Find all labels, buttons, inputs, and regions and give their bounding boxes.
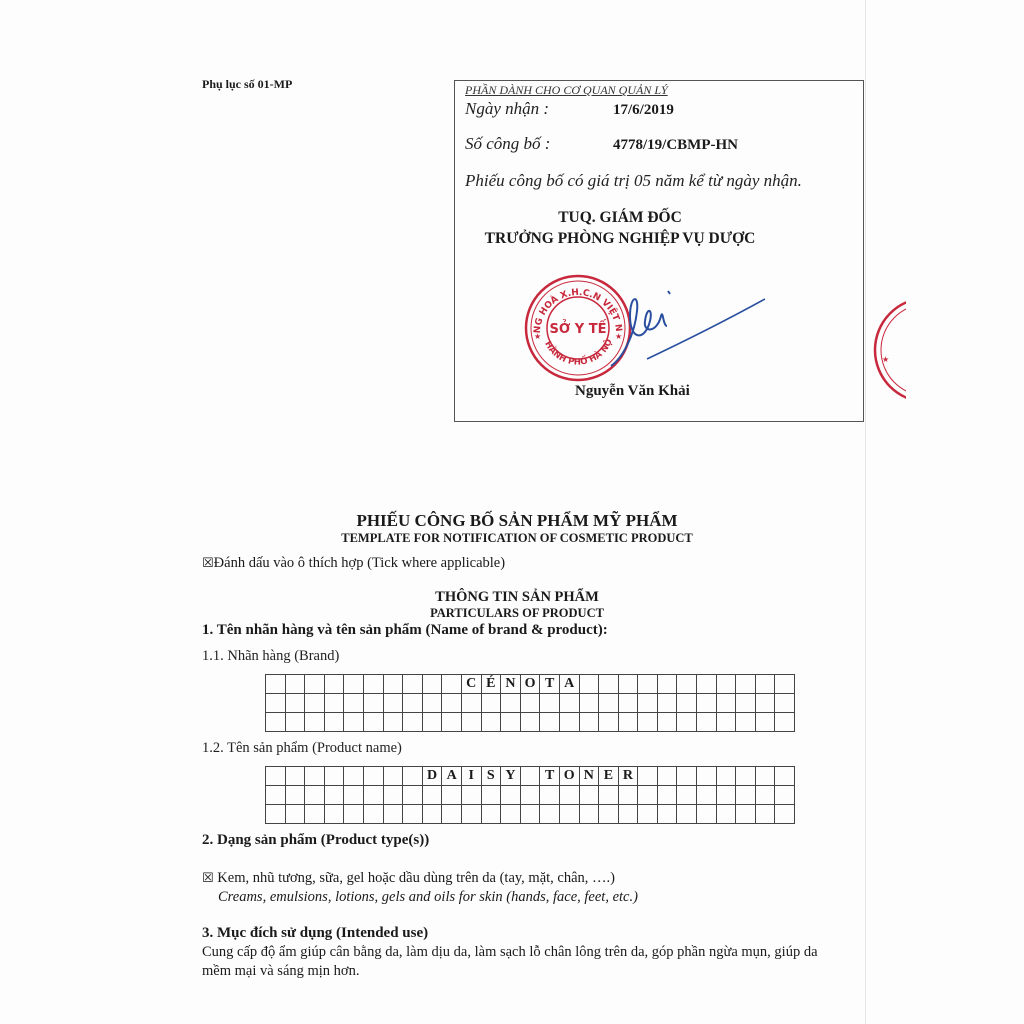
grid-cell[interactable] xyxy=(677,694,697,713)
grid-cell[interactable] xyxy=(697,675,717,694)
grid-cell[interactable] xyxy=(344,694,364,713)
grid-cell[interactable] xyxy=(579,786,599,805)
grid-cell[interactable] xyxy=(305,786,325,805)
grid-cell[interactable] xyxy=(305,694,325,713)
grid-cell[interactable] xyxy=(755,805,775,824)
grid-cell[interactable] xyxy=(285,786,305,805)
grid-cell[interactable] xyxy=(305,675,325,694)
grid-cell[interactable] xyxy=(442,786,462,805)
grid-cell[interactable] xyxy=(501,694,521,713)
grid-cell[interactable] xyxy=(403,713,423,732)
grid-cell[interactable] xyxy=(324,805,344,824)
grid-cell[interactable] xyxy=(344,675,364,694)
grid-cell[interactable] xyxy=(755,675,775,694)
grid-cell[interactable] xyxy=(442,694,462,713)
grid-cell[interactable] xyxy=(657,786,677,805)
question-1-heading: 1. Tên nhãn hàng và tên sản phẩm (Name o… xyxy=(202,622,608,639)
grid-cell[interactable] xyxy=(442,675,462,694)
product-type-option[interactable]: ☒ Kem, nhũ tương, sữa, gel hoặc dầu dùng… xyxy=(202,870,615,887)
grid-cell[interactable] xyxy=(422,805,442,824)
grid-cell[interactable] xyxy=(461,805,481,824)
grid-cell[interactable]: A xyxy=(442,767,462,786)
grid-cell[interactable] xyxy=(657,713,677,732)
grid-cell[interactable]: T xyxy=(540,675,560,694)
grid-cell[interactable] xyxy=(775,694,795,713)
grid-cell[interactable] xyxy=(697,694,717,713)
grid-cell[interactable] xyxy=(403,694,423,713)
grid-cell[interactable] xyxy=(579,713,599,732)
grid-cell[interactable] xyxy=(285,805,305,824)
grid-cell[interactable] xyxy=(540,805,560,824)
partial-stamp-icon: ★ xyxy=(872,290,906,410)
brand-grid[interactable]: CÉNOTA xyxy=(265,674,795,732)
grid-cell[interactable] xyxy=(559,805,579,824)
question-2-heading: 2. Dạng sản phẩm (Product type(s)) xyxy=(202,832,429,849)
grid-cell[interactable] xyxy=(520,713,540,732)
checked-box-icon: ☒ xyxy=(202,556,214,571)
grid-cell[interactable] xyxy=(305,805,325,824)
tick-note: ☒Đánh dấu vào ô thích hợp (Tick where ap… xyxy=(202,555,505,572)
signatory-title-2: TRƯỞNG PHÒNG NGHIỆP VỤ DƯỢC xyxy=(455,230,785,248)
product-type-vi: Kem, nhũ tương, sữa, gel hoặc dầu dùng t… xyxy=(217,870,615,886)
grid-cell[interactable]: I xyxy=(461,767,481,786)
section-title: THÔNG TIN SẢN PHẨM xyxy=(0,589,1024,606)
grid-cell[interactable] xyxy=(501,713,521,732)
grid-cell[interactable] xyxy=(657,675,677,694)
product-type-en: Creams, emulsions, lotions, gels and oil… xyxy=(218,889,638,906)
grid-cell[interactable] xyxy=(599,805,619,824)
grid-cell[interactable] xyxy=(736,694,756,713)
received-date-value: 17/6/2019 xyxy=(613,102,674,119)
checked-box-icon[interactable]: ☒ xyxy=(202,871,214,886)
grid-cell[interactable] xyxy=(775,786,795,805)
grid-cell[interactable] xyxy=(363,767,383,786)
grid-row xyxy=(266,713,795,732)
grid-cell[interactable]: R xyxy=(618,767,638,786)
admin-box: PHẦN DÀNH CHO CƠ QUAN QUẢN LÝ Ngày nhận … xyxy=(454,80,864,422)
grid-cell[interactable] xyxy=(481,786,501,805)
grid-cell[interactable] xyxy=(579,805,599,824)
grid-cell[interactable] xyxy=(501,786,521,805)
grid-cell[interactable] xyxy=(638,767,658,786)
grid-cell[interactable] xyxy=(344,713,364,732)
svg-text:★: ★ xyxy=(882,355,889,364)
grid-cell[interactable] xyxy=(618,675,638,694)
notice-number-label: Số công bố : xyxy=(465,134,550,154)
grid-cell[interactable] xyxy=(736,675,756,694)
grid-cell[interactable] xyxy=(657,767,677,786)
grid-cell[interactable] xyxy=(755,713,775,732)
grid-cell[interactable] xyxy=(736,786,756,805)
product-name-grid[interactable]: DAISYTONER xyxy=(265,766,795,824)
svg-text:★: ★ xyxy=(534,332,541,341)
admin-heading: PHẦN DÀNH CHO CƠ QUAN QUẢN LÝ xyxy=(465,83,668,98)
grid-cell[interactable] xyxy=(618,805,638,824)
grid-row xyxy=(266,694,795,713)
grid-cell[interactable] xyxy=(716,713,736,732)
intended-use-text: Cung cấp độ ẩm giúp cân bằng da, làm dịu… xyxy=(202,943,842,981)
grid-cell[interactable] xyxy=(403,805,423,824)
grid-cell[interactable] xyxy=(579,675,599,694)
grid-cell[interactable]: O xyxy=(520,675,540,694)
grid-cell[interactable] xyxy=(285,694,305,713)
product-name-label: 1.2. Tên sản phẩm (Product name) xyxy=(202,740,402,757)
grid-cell[interactable] xyxy=(716,675,736,694)
grid-cell[interactable] xyxy=(285,713,305,732)
grid-cell[interactable] xyxy=(266,786,286,805)
grid-cell[interactable]: N xyxy=(579,767,599,786)
grid-cell[interactable] xyxy=(755,786,775,805)
grid-cell[interactable] xyxy=(697,786,717,805)
grid-cell[interactable] xyxy=(266,675,286,694)
grid-row: DAISYTONER xyxy=(266,767,795,786)
grid-cell[interactable] xyxy=(324,786,344,805)
grid-cell[interactable] xyxy=(520,805,540,824)
grid-cell[interactable] xyxy=(344,786,364,805)
grid-cell[interactable] xyxy=(697,805,717,824)
grid-cell[interactable] xyxy=(481,713,501,732)
grid-cell[interactable] xyxy=(599,713,619,732)
grid-cell[interactable] xyxy=(618,694,638,713)
grid-cell[interactable] xyxy=(540,694,560,713)
question-3-heading: 3. Mục đích sử dụng (Intended use) xyxy=(202,925,428,942)
grid-cell[interactable] xyxy=(736,713,756,732)
grid-cell[interactable] xyxy=(677,713,697,732)
grid-cell[interactable] xyxy=(305,767,325,786)
annex-label: Phụ lục số 01-MP xyxy=(202,77,292,92)
grid-cell[interactable]: E xyxy=(599,767,619,786)
grid-cell[interactable] xyxy=(363,713,383,732)
grid-cell[interactable] xyxy=(344,767,364,786)
grid-cell[interactable] xyxy=(697,713,717,732)
grid-cell[interactable] xyxy=(755,694,775,713)
grid-cell[interactable] xyxy=(403,675,423,694)
grid-cell[interactable]: C xyxy=(461,675,481,694)
grid-cell[interactable] xyxy=(266,694,286,713)
grid-cell[interactable] xyxy=(363,786,383,805)
grid-cell[interactable] xyxy=(657,805,677,824)
tick-note-text: Đánh dấu vào ô thích hợp (Tick where app… xyxy=(214,555,505,571)
grid-cell[interactable] xyxy=(266,767,286,786)
grid-cell[interactable] xyxy=(716,805,736,824)
grid-cell[interactable] xyxy=(422,786,442,805)
grid-cell[interactable] xyxy=(324,767,344,786)
grid-row: CÉNOTA xyxy=(266,675,795,694)
grid-cell[interactable] xyxy=(755,767,775,786)
grid-cell[interactable] xyxy=(520,767,540,786)
grid-cell[interactable] xyxy=(736,805,756,824)
received-date-label: Ngày nhận : xyxy=(465,99,549,119)
grid-cell[interactable] xyxy=(481,694,501,713)
grid-cell[interactable] xyxy=(677,805,697,824)
grid-cell[interactable] xyxy=(383,694,403,713)
grid-cell[interactable] xyxy=(677,786,697,805)
grid-cell[interactable] xyxy=(383,786,403,805)
grid-cell[interactable] xyxy=(363,694,383,713)
grid-cell[interactable] xyxy=(599,786,619,805)
grid-cell[interactable] xyxy=(383,767,403,786)
grid-cell[interactable] xyxy=(363,675,383,694)
grid-cell[interactable] xyxy=(716,767,736,786)
grid-cell[interactable] xyxy=(285,675,305,694)
grid-cell[interactable] xyxy=(461,713,481,732)
signatory-title-1: TUQ. GIÁM ĐỐC xyxy=(455,209,785,227)
grid-cell[interactable]: Y xyxy=(501,767,521,786)
grid-cell[interactable] xyxy=(736,767,756,786)
validity-note: Phiếu công bố có giá trị 05 năm kể từ ng… xyxy=(465,171,802,191)
grid-cell[interactable] xyxy=(461,694,481,713)
grid-cell[interactable] xyxy=(716,786,736,805)
grid-cell[interactable] xyxy=(775,805,795,824)
grid-cell[interactable] xyxy=(618,786,638,805)
grid-cell[interactable]: D xyxy=(422,767,442,786)
grid-cell[interactable] xyxy=(638,694,658,713)
grid-cell[interactable] xyxy=(266,805,286,824)
brand-label: 1.1. Nhãn hàng (Brand) xyxy=(202,648,339,665)
grid-cell[interactable] xyxy=(324,675,344,694)
grid-cell[interactable] xyxy=(422,713,442,732)
grid-cell[interactable] xyxy=(501,805,521,824)
grid-cell[interactable] xyxy=(403,767,423,786)
grid-cell[interactable] xyxy=(775,767,795,786)
grid-cell[interactable] xyxy=(677,767,697,786)
grid-cell[interactable] xyxy=(540,713,560,732)
grid-cell[interactable] xyxy=(383,675,403,694)
grid-cell[interactable]: O xyxy=(559,767,579,786)
grid-row xyxy=(266,786,795,805)
grid-cell[interactable]: T xyxy=(540,767,560,786)
grid-cell[interactable] xyxy=(266,713,286,732)
grid-cell[interactable] xyxy=(403,786,423,805)
grid-cell[interactable] xyxy=(618,713,638,732)
grid-cell[interactable] xyxy=(324,713,344,732)
grid-cell[interactable] xyxy=(638,675,658,694)
grid-cell[interactable] xyxy=(775,713,795,732)
grid-cell[interactable] xyxy=(324,694,344,713)
grid-cell[interactable] xyxy=(579,694,599,713)
grid-cell[interactable] xyxy=(422,694,442,713)
grid-cell[interactable] xyxy=(559,786,579,805)
signatory-name: Nguyễn Văn Khải xyxy=(575,383,690,400)
grid-cell[interactable] xyxy=(599,694,619,713)
grid-cell[interactable] xyxy=(305,713,325,732)
form-subtitle: TEMPLATE FOR NOTIFICATION OF COSMETIC PR… xyxy=(0,531,1024,546)
grid-cell[interactable] xyxy=(383,713,403,732)
grid-cell[interactable] xyxy=(559,694,579,713)
grid-cell[interactable] xyxy=(422,675,442,694)
grid-cell[interactable] xyxy=(363,805,383,824)
signature-icon xyxy=(575,271,775,381)
notice-number-value: 4778/19/CBMP-HN xyxy=(613,137,738,154)
grid-cell[interactable] xyxy=(481,805,501,824)
grid-cell[interactable] xyxy=(285,767,305,786)
grid-cell[interactable] xyxy=(775,675,795,694)
grid-cell[interactable]: A xyxy=(559,675,579,694)
grid-row xyxy=(266,805,795,824)
grid-cell[interactable] xyxy=(520,694,540,713)
grid-cell[interactable] xyxy=(716,694,736,713)
grid-cell[interactable] xyxy=(638,805,658,824)
grid-cell[interactable] xyxy=(697,767,717,786)
grid-cell[interactable]: S xyxy=(481,767,501,786)
grid-cell[interactable] xyxy=(559,713,579,732)
grid-cell[interactable] xyxy=(442,805,462,824)
grid-cell[interactable]: É xyxy=(481,675,501,694)
form-title: PHIẾU CÔNG BỐ SẢN PHẨM MỸ PHẨM xyxy=(0,511,1024,531)
grid-cell[interactable] xyxy=(344,805,364,824)
grid-cell[interactable] xyxy=(677,675,697,694)
grid-cell[interactable] xyxy=(540,786,560,805)
grid-cell[interactable] xyxy=(520,786,540,805)
grid-cell[interactable] xyxy=(442,713,462,732)
grid-cell[interactable]: N xyxy=(501,675,521,694)
grid-cell[interactable] xyxy=(657,694,677,713)
grid-cell[interactable] xyxy=(599,675,619,694)
grid-cell[interactable] xyxy=(383,805,403,824)
section-subtitle: PARTICULARS OF PRODUCT xyxy=(0,606,1024,621)
grid-cell[interactable] xyxy=(461,786,481,805)
grid-cell[interactable] xyxy=(638,786,658,805)
grid-cell[interactable] xyxy=(638,713,658,732)
